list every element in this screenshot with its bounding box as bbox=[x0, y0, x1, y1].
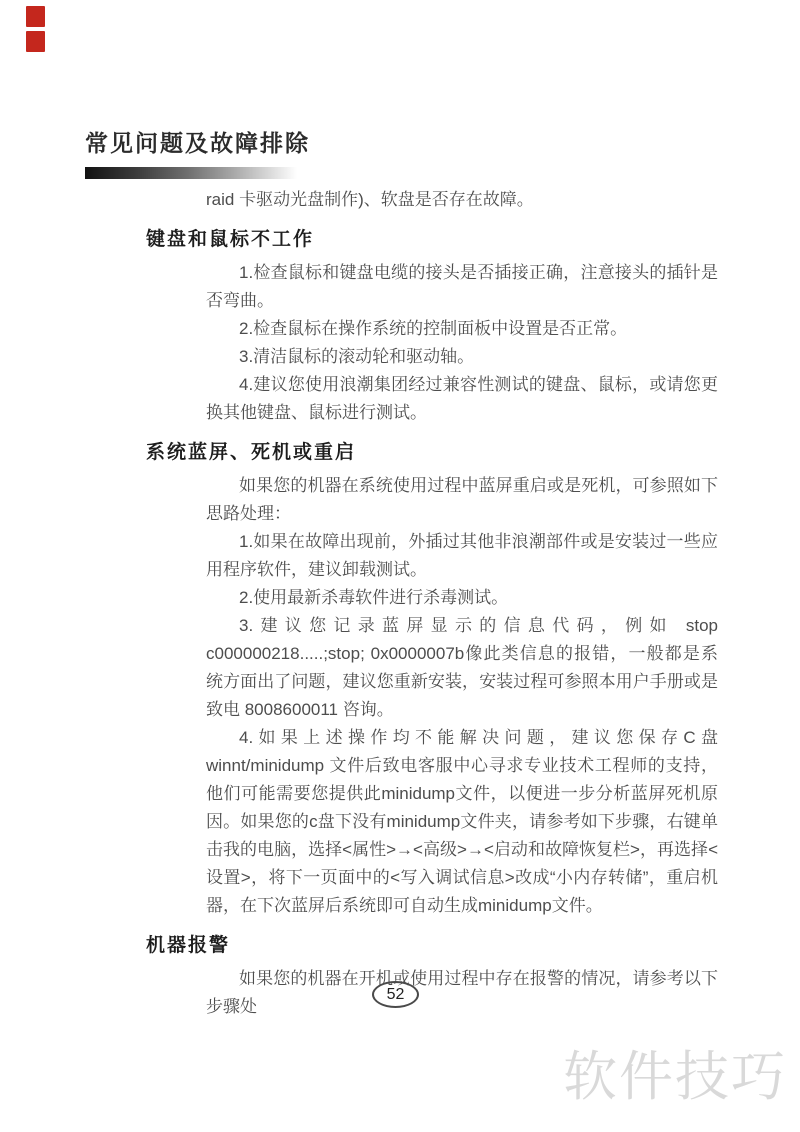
paragraph: 4.如果上述操作均不能解决问题，建议您保存C盘 winnt/minidump 文… bbox=[206, 724, 718, 920]
watermark-text: 软件技巧 bbox=[563, 1034, 787, 1111]
page-number: 52 bbox=[387, 986, 405, 1004]
red-corner-mark bbox=[26, 6, 45, 27]
section-machine-alarm: 机器报警 如果您的机器在开机或使用过程中存在报警的情况，请参考以下步骤处 bbox=[146, 934, 718, 1021]
paragraph: 2.使用最新杀毒软件进行杀毒测试。 bbox=[206, 584, 718, 612]
section-keyboard-mouse: 键盘和鼠标不工作 1.检查鼠标和键盘电缆的接头是否插接正确，注意接头的插针是否弯… bbox=[146, 228, 718, 427]
page-header: 常见问题及故障排除 bbox=[85, 130, 310, 179]
continuation-line: raid 卡驱动光盘制作)、软盘是否存在故障。 bbox=[206, 186, 718, 214]
manual-page: 常见问题及故障排除 raid 卡驱动光盘制作)、软盘是否存在故障。 键盘和鼠标不… bbox=[0, 0, 800, 1132]
section-heading: 键盘和鼠标不工作 bbox=[146, 228, 718, 252]
paragraph: 3.清洁鼠标的滚动轮和驱动轴。 bbox=[206, 343, 718, 371]
section-heading: 系统蓝屏、死机或重启 bbox=[146, 441, 718, 465]
paragraph: 3.建议您记录蓝屏显示的信息代码，例如 stop c000000218.....… bbox=[206, 612, 718, 724]
paragraph: 1.检查鼠标和键盘电缆的接头是否插接正确，注意接头的插针是否弯曲。 bbox=[206, 259, 718, 315]
section-bluescreen: 系统蓝屏、死机或重启 如果您的机器在系统使用过程中蓝屏重启或是死机，可参照如下思… bbox=[146, 441, 718, 920]
section-heading: 机器报警 bbox=[146, 934, 718, 958]
paragraph: 如果您的机器在开机或使用过程中存在报警的情况，请参考以下步骤处 bbox=[206, 965, 718, 1021]
paragraph: 1.如果在故障出现前，外插过其他非浪潮部件或是安装过一些应用程序软件，建议卸载测… bbox=[206, 528, 718, 584]
red-corner-mark bbox=[26, 31, 45, 52]
paragraph: 如果您的机器在系统使用过程中蓝屏重启或是死机，可参照如下思路处理： bbox=[206, 472, 718, 528]
page-number-badge: 52 bbox=[372, 981, 419, 1008]
page-title: 常见问题及故障排除 bbox=[85, 130, 310, 156]
paragraph: 4.建议您使用浪潮集团经过兼容性测试的键盘、鼠标，或请您更换其他键盘、鼠标进行测… bbox=[206, 371, 718, 427]
page-content: raid 卡驱动光盘制作)、软盘是否存在故障。 键盘和鼠标不工作 1.检查鼠标和… bbox=[146, 186, 718, 1021]
paragraph: 2.检查鼠标在操作系统的控制面板中设置是否正常。 bbox=[206, 315, 718, 343]
title-underline-gradient bbox=[85, 167, 297, 179]
